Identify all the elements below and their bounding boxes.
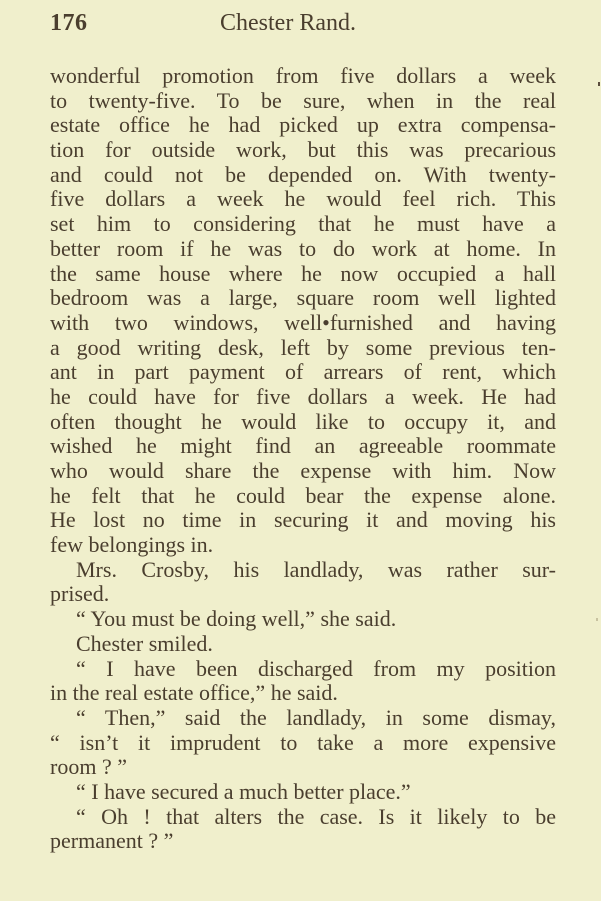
text-line: “ Oh ! that alters the case. Is it likel…	[50, 805, 556, 830]
text-line: “ You must be doing well,” she said.	[50, 607, 556, 632]
text-line: wonderful promotion from five dollars a …	[50, 64, 556, 89]
text-line: Mrs. Crosby, his landlady, was rather su…	[50, 558, 556, 583]
text-line: he felt that he could bear the expense a…	[50, 484, 556, 509]
text-line: ant in part payment of arrears of rent, …	[50, 360, 556, 385]
text-line: tion for outside work, but this was prec…	[50, 138, 556, 163]
text-line: better room if he was to do work at home…	[50, 237, 556, 262]
text-line: “ isn’t it imprudent to take a more expe…	[50, 731, 556, 756]
text-line: he could have for five dollars a week. H…	[50, 385, 556, 410]
running-title: Chester Rand.	[220, 10, 356, 37]
text-line: “ I have secured a much better place.”	[50, 780, 556, 805]
text-line: the same house where he now occupied a h…	[50, 262, 556, 287]
text-line: a good writing desk, left by some previo…	[50, 336, 556, 361]
text-line: He lost no time in securing it and movin…	[50, 508, 556, 533]
page-header: 176 Chester Rand.	[50, 10, 558, 44]
text-line: estate office he had picked up extra com…	[50, 113, 556, 138]
text-line: set him to considering that he must have…	[50, 212, 556, 237]
page-number: 176	[50, 10, 88, 37]
text-line: to twenty-five. To be sure, when in the …	[50, 89, 556, 114]
text-line: “ I have been discharged from my positio…	[50, 657, 556, 682]
scan-speck	[596, 618, 598, 621]
text-line: permanent ? ”	[50, 829, 556, 854]
text-line: bedroom was a large, square room well li…	[50, 286, 556, 311]
text-line: with two windows, well•furnished and hav…	[50, 311, 556, 336]
body-text: wonderful promotion from five dollars a …	[50, 64, 556, 854]
text-line: Chester smiled.	[50, 632, 556, 657]
text-line: five dollars a week he would feel rich. …	[50, 187, 556, 212]
text-line: few belongings in.	[50, 533, 556, 558]
text-line: room ? ”	[50, 755, 556, 780]
text-line: prised.	[50, 582, 556, 607]
text-line: often thought he would like to occupy it…	[50, 410, 556, 435]
text-line: in the real estate office,” he said.	[50, 681, 556, 706]
text-line: who would share the expense with him. No…	[50, 459, 556, 484]
text-line: wished he might find an agreeable roomma…	[50, 434, 556, 459]
scan-speck	[598, 82, 600, 86]
text-line: and could not be depended on. With twent…	[50, 163, 556, 188]
text-line: “ Then,” said the landlady, in some dism…	[50, 706, 556, 731]
